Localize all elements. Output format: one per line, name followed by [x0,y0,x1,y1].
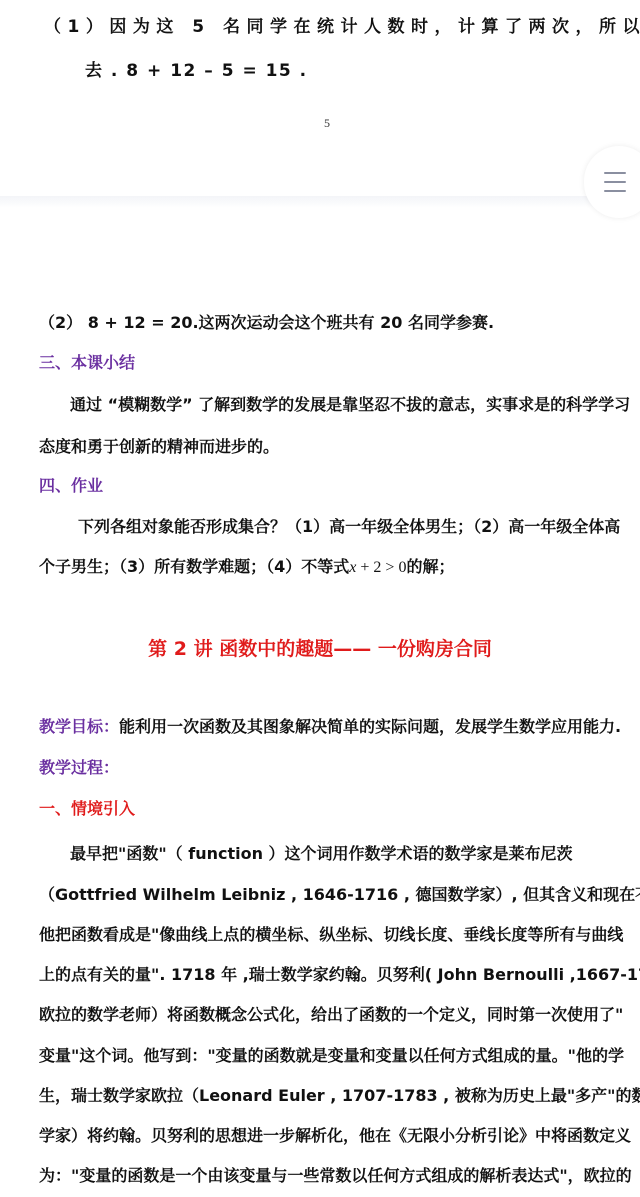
section-heading-homework: 四、作业 [39,473,103,496]
math-expression: + 2 > 0 [360,559,406,576]
homework-line-2-text: 个子男生；（3）所有数学难题；（4）不等式 [39,557,349,576]
paragraph-line: （Gottfried Wilhelm Leibniz , 1646-1716 ,… [39,882,640,905]
teaching-process-label: 教学过程： [39,755,119,778]
section-heading-summary: 三、本课小结 [39,350,135,373]
inequality-formula: x + 2 > 0 [349,559,406,576]
paragraph-line: 他把函数看成是"像曲线上点的横坐标、纵坐标、切线长度、垂线长度等所有与曲线 [39,922,623,945]
solution-1-line-2: 去 . 8 + 12 – 5 = 15 . [85,56,308,81]
solution-1-line-1: （1）因为这 5 名同学在统计人数时，计算了两次，所以要减 [44,12,634,37]
teaching-goal: 教学目标：能利用一次函数及其图象解决简单的实际问题，发展学生数学应用能力. [39,714,621,737]
page-separator [0,196,640,208]
paragraph-line: 为："变量的函数是一个由该变量与一些常数以任何方式组成的解析表达式"，欧拉的 [39,1163,632,1186]
paragraph-line: 上的点有关的量". 1718 年 ,瑞士数学家约翰。贝努利( John Bern… [39,962,640,985]
paragraph-line: 学家）将约翰。贝努利的思想进一步解析化，他在《无限小分析引论》中将函数定义 [39,1123,631,1146]
teaching-goal-label: 教学目标： [39,717,119,736]
teaching-goal-text: 能利用一次函数及其图象解决简单的实际问题，发展学生数学应用能力. [119,717,621,736]
section-heading-introduction: 一、情境引入 [39,796,135,819]
homework-line-2: 个子男生；（3）所有数学难题；（4）不等式x + 2 > 0的解； [39,554,454,577]
math-variable: x [349,559,356,576]
page-number: 5 [324,116,330,131]
paragraph-line: 最早把"函数"（ function ）这个词用作数学术语的数学家是莱布尼茨 [70,841,573,864]
paragraph-line: 欧拉的数学老师）将函数概念公式化，给出了函数的一个定义，同时第一次使用了" [39,1002,623,1025]
paragraph-line: 生，瑞士数学家欧拉（Leonard Euler , 1707-1783 , 被称… [39,1083,640,1106]
homework-line-1: 下列各组对象能否形成集合？（1）高一年级全体男生；（2）高一年级全体高 [78,514,620,537]
lecture-title: 第 2 讲 函数中的趣题—— 一份购房合同 [0,634,640,661]
paragraph-line: 变量"这个词。他写到："变量的函数就是变量和变量以任何方式组成的量。"他的学 [39,1043,624,1066]
solution-2: （2） 8 + 12 = 20.这两次运动会这个班共有 20 名同学参赛. [39,310,494,333]
homework-line-2-end: 的解； [406,557,454,576]
summary-line-1: 通过 “模糊数学” 了解到数学的发展是靠坚忍不拔的意志，实事求是的科学学习 [70,392,630,415]
document-page-5: （1）因为这 5 名同学在统计人数时，计算了两次，所以要减 去 . 8 + 12… [0,0,640,200]
summary-line-2: 态度和勇于创新的精神而进步的。 [39,434,279,457]
